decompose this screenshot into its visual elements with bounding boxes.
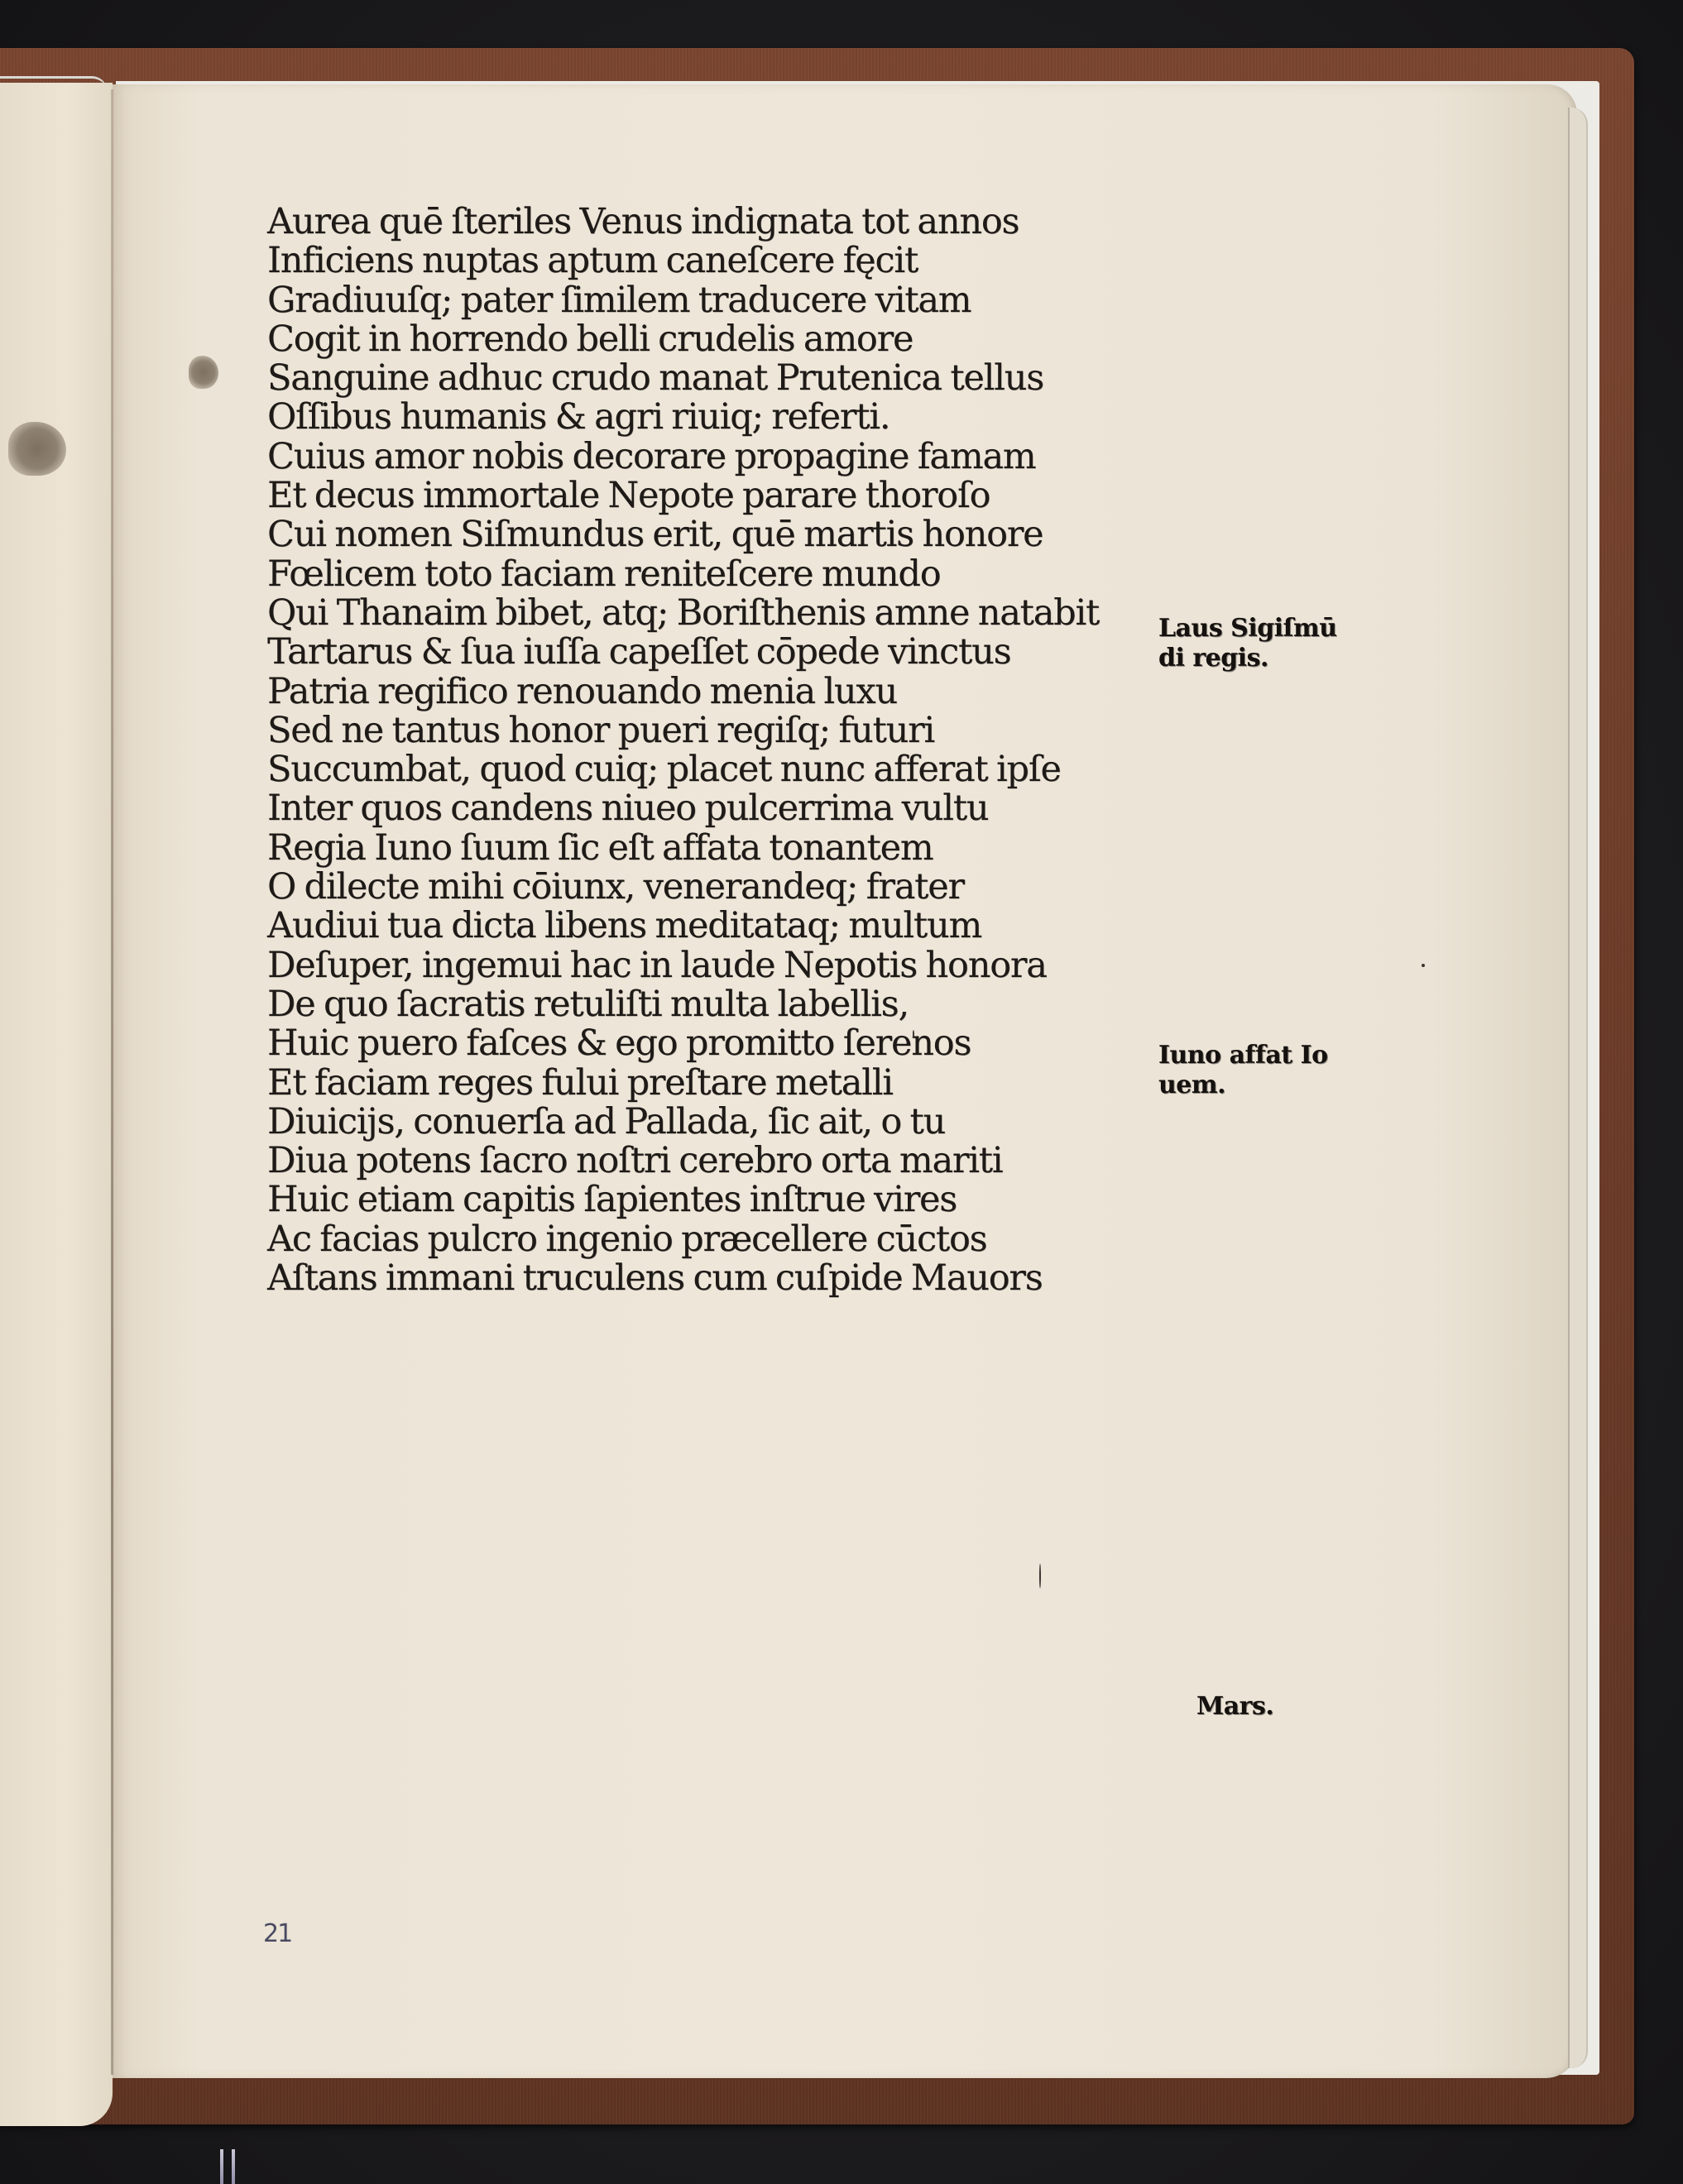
verse-line: Et faciam reges fului preſtare metalli [267,1064,1194,1103]
paper-speck [1039,1564,1041,1588]
verse-line: Diua potens ſacro noſtri cerebro orta ma… [267,1142,1194,1181]
verse-line: Audiui tua dicta libens meditataq; multu… [267,907,1194,946]
ink-blot-mark [189,356,218,389]
verse-line: Sanguine adhuc crudo manat Prutenica tel… [267,359,1194,398]
verse-line: Aſtans immani truculens cum cuſpide Mauo… [267,1259,1194,1298]
verse-line: Oſſibus humanis & agri riuiq; referti. [267,398,1194,437]
verse-line: Aurea quē ſteriles Venus indignata tot a… [267,203,1194,242]
verse-line: Tartarus & ſua iuſſa capeſſet cōpede vin… [267,633,1194,672]
paper-speck [1422,964,1425,967]
verse-line: Inficiens nuptas aptum caneſcere fęcit [267,242,1194,280]
marginal-gloss-mars: Mars. [1196,1692,1273,1722]
paper-speck [913,1030,914,1038]
gloss-line: uem. [1158,1070,1328,1100]
verse-line: Succumbat, quod cuiq; placet nunc affera… [267,750,1194,789]
book-photo-scene: Aurea quē ſteriles Venus indignata tot a… [0,0,1683,2184]
verse-line: Inter quos candens niueo pulcerrima vult… [267,789,1194,828]
verse-line: Huic puero faſces & ego promitto ſerenos [267,1024,1194,1063]
marginal-gloss-laus-sigismundi: Laus Sigiſmū di regis. [1158,614,1337,673]
verse-line: Et decus immortale Nepote parare thoroſo [267,477,1194,515]
verse-line: Sed ne tantus honor pueri regiſq; futuri [267,711,1194,750]
left-page-sliver [0,83,113,2126]
gloss-line: di regis. [1158,644,1337,673]
verse-line: Huic etiam capitis ſapientes inſtrue vir… [267,1181,1194,1219]
gloss-line: Iuno affat Io [1158,1041,1328,1070]
left-page-top-edge [0,76,108,92]
ink-stain-mark [8,422,66,476]
marginal-gloss-iuno-affat: Iuno affat Io uem. [1158,1041,1328,1100]
verse-line: De quo ſacratis retuliſti multa labellis… [267,985,1194,1024]
verse-line: Cogit in horrendo belli crudelis amore [267,320,1194,359]
page-fore-edge-stack [1568,108,1588,2068]
verse-text-block: Aurea quē ſteriles Venus indignata tot a… [267,203,1194,1298]
verse-line: Cuius amor nobis decorare propagine fama… [267,438,1194,477]
folio-number: 21 [263,1919,291,1948]
verse-line: Regia Iuno ſuum ſic eſt affata tonantem [267,829,1194,868]
verse-line: Ac facias pulcro ingenio præcellere cūct… [267,1220,1194,1259]
verse-line: Fœlicem toto faciam reniteſcere mundo [267,555,1194,594]
gloss-line: Mars. [1196,1692,1273,1722]
verse-line: Diuicijs, conuerſa ad Pallada, ſic ait, … [267,1103,1194,1142]
verse-line: Deſuper, ingemui hac in laude Nepotis ho… [267,946,1194,985]
gloss-line: Laus Sigiſmū [1158,614,1337,644]
verse-line: Cui nomen Siſmundus erit, quē martis hon… [267,515,1194,554]
verse-line: Qui Thanaim bibet, atq; Boriſthenis amne… [267,594,1194,633]
verse-line: Gradiuuſq; pater ſimilem traducere vitam [267,281,1194,320]
verse-line: O dilecte mihi cōiunx, venerandeq; frate… [267,868,1194,907]
bookmark-thread [232,2149,235,2184]
bookmark-thread [220,2149,223,2184]
verse-line: Patria regifico renouando menia luxu [267,673,1194,711]
gutter-fold [111,89,113,2075]
